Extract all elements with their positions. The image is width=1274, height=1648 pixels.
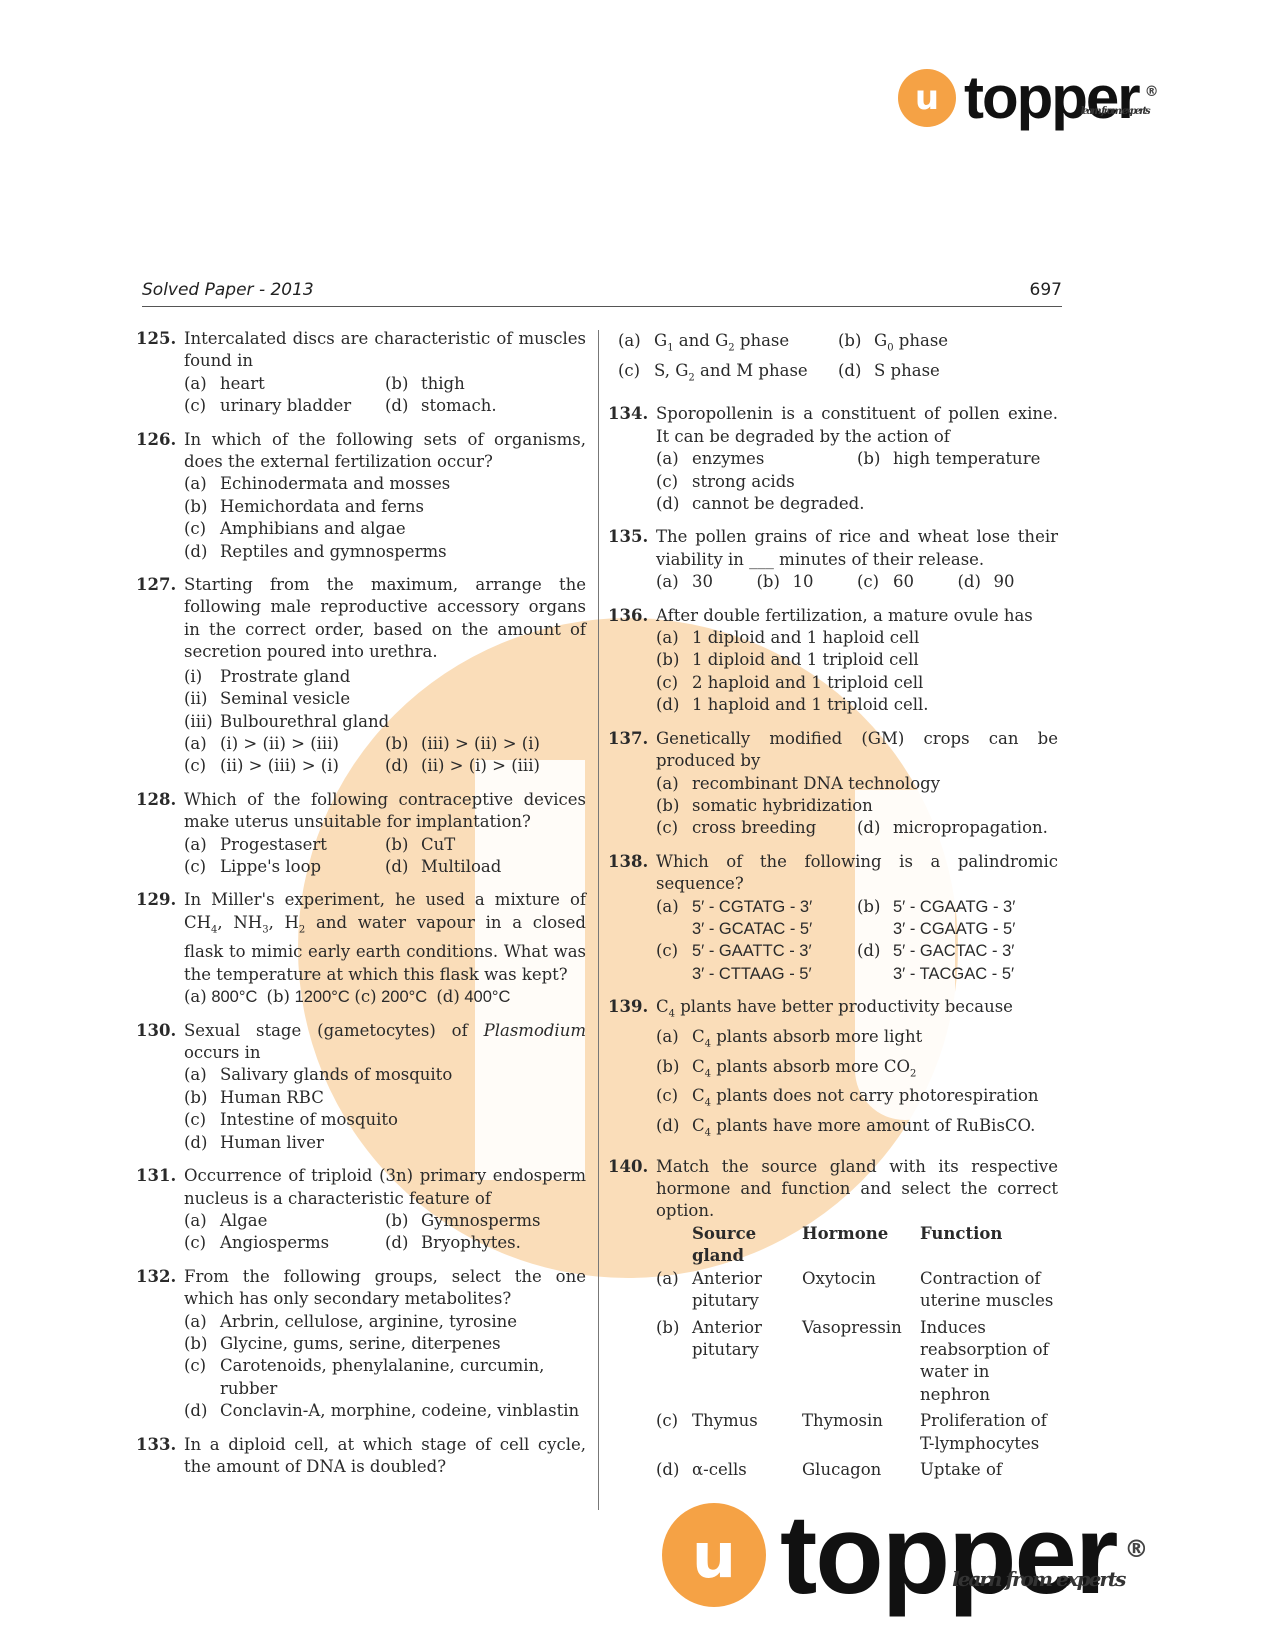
- question-135: 135. The pollen grains of rice and wheat…: [608, 526, 1058, 593]
- option: (b)Gymnosperms: [385, 1210, 586, 1232]
- option: (c)2 haploid and 1 triploid cell: [656, 672, 1058, 694]
- option: (c)strong acids: [656, 471, 1058, 493]
- option: (a)Echinodermata and mosses: [184, 473, 586, 495]
- option: (d)Bryophytes.: [385, 1232, 586, 1254]
- option: (d)Conclavin-A, morphine, codeine, vinbl…: [184, 1400, 586, 1422]
- option: (a)enzymes: [656, 448, 857, 470]
- exam-page: u topper ® learn from experts Solved Pap…: [0, 0, 1274, 1648]
- option: (d)S phase: [838, 360, 1058, 390]
- list-item: (iii)Bulbourethral gland: [184, 711, 586, 733]
- question-130: 130. Sexual stage (gametocytes) of Plasm…: [136, 1020, 586, 1154]
- option: (c)Amphibians and algae: [184, 518, 586, 540]
- option: (a)Arbrin, cellulose, arginine, tyrosine: [184, 1311, 586, 1333]
- question-137: 137. Genetically modified (GM) crops can…: [608, 728, 1058, 840]
- page-number: 697: [1030, 280, 1062, 300]
- question-127: 127. Starting from the maximum, arrange …: [136, 574, 586, 778]
- option: (d)90: [958, 571, 1059, 593]
- question-133: 133. In a diploid cell, at which stage o…: [136, 1434, 586, 1479]
- option: (c)60: [857, 571, 958, 593]
- option: (d)micropropagation.: [857, 817, 1058, 839]
- logo-tagline: learn from experts: [952, 1524, 1124, 1634]
- option: (c)Carotenoids, phenylalanine, curcumin,…: [184, 1355, 586, 1400]
- option: (b)Human RBC: [184, 1087, 586, 1109]
- option: (c)(ii) > (iii) > (i): [184, 755, 385, 777]
- option: (b)G0 phase: [838, 330, 1058, 360]
- option: (a)G1 and G2 phase: [618, 330, 838, 360]
- option: (b)C4 plants absorb more CO2: [656, 1056, 1058, 1086]
- option: (a)Salivary glands of mosquito: [184, 1064, 586, 1086]
- logo-circle-icon: u: [662, 1503, 766, 1607]
- option: (c)S, G2 and M phase: [618, 360, 838, 390]
- option: (d)5′ - GACTAC - 3′3′ - TACGAC - 5′: [857, 940, 1058, 985]
- option: (b)10: [757, 571, 858, 593]
- option: (d)Multiload: [385, 856, 586, 878]
- option: (a)recombinant DNA technology: [656, 773, 1058, 795]
- question-125: 125. Intercalated discs are characterist…: [136, 328, 586, 418]
- running-header: Solved Paper - 2013 697: [142, 280, 1062, 307]
- option: (d)Reptiles and gymnosperms: [184, 541, 586, 563]
- option: (a)heart: [184, 373, 385, 395]
- option: (b)1 diploid and 1 triploid cell: [656, 649, 1058, 671]
- registered-mark: ®: [1124, 1494, 1146, 1604]
- option: (c)Angiosperms: [184, 1232, 385, 1254]
- logo-tagline: learn from experts: [1080, 82, 1148, 142]
- option: (d)stomach.: [385, 395, 586, 417]
- list-item: (i)Prostrate gland: [184, 666, 586, 688]
- match-table-row: (d) α-cells Glucagon Uptake of: [656, 1459, 1058, 1481]
- option: (b)(iii) > (ii) > (i): [385, 733, 586, 755]
- option: (b)CuT: [385, 834, 586, 856]
- logo-wordmark: topper ® learn from experts: [964, 68, 1139, 128]
- option: (c)urinary bladder: [184, 395, 385, 417]
- logo-wordmark: topper ® learn from experts: [780, 1500, 1116, 1610]
- match-table-row: (a) Anterior pitutary Oxytocin Contracti…: [656, 1268, 1058, 1313]
- question-132: 132. From the following groups, select t…: [136, 1266, 586, 1423]
- option: (a)Algae: [184, 1210, 385, 1232]
- question-134: 134. Sporopollenin is a constituent of p…: [608, 403, 1058, 515]
- left-column: 125. Intercalated discs are characterist…: [136, 328, 586, 1489]
- option: (c)Lippe's loop: [184, 856, 385, 878]
- option: (d)(ii) > (i) > (iii): [385, 755, 586, 777]
- utopper-logo-bottom: u topper ® learn from experts: [662, 1500, 1116, 1610]
- question-128: 128. Which of the following contraceptiv…: [136, 789, 586, 879]
- column-divider: [598, 330, 599, 1510]
- question-129: 129. In Miller's experiment, he used a m…: [136, 889, 586, 1008]
- option: (c)C4 plants does not carry photorespira…: [656, 1085, 1058, 1115]
- option: (c)5′ - GAATTC - 3′3′ - CTTAAG - 5′: [656, 940, 857, 985]
- option: (d)1 haploid and 1 triploid cell.: [656, 694, 1058, 716]
- question-126: 126. In which of the following sets of o…: [136, 429, 586, 563]
- question-140: 140. Match the source gland with its res…: [608, 1156, 1058, 1482]
- option: (b)Hemichordata and ferns: [184, 496, 586, 518]
- match-table-row: (b) Anterior pitutary Vasopressin Induce…: [656, 1317, 1058, 1407]
- match-table-row: (c) Thymus Thymosin Proliferation of T-l…: [656, 1410, 1058, 1455]
- right-column: (a)G1 and G2 phase (b)G0 phase (c)S, G2 …: [608, 330, 1058, 1492]
- option: (b)Glycine, gums, serine, diterpenes: [184, 1333, 586, 1355]
- option: (a)C4 plants absorb more light: [656, 1026, 1058, 1056]
- running-title: Solved Paper - 2013: [142, 280, 314, 300]
- option: (b)thigh: [385, 373, 586, 395]
- utopper-logo-top: u topper ® learn from experts: [898, 68, 1139, 128]
- option: (a)30: [656, 571, 757, 593]
- option: (b)somatic hybridization: [656, 795, 1058, 817]
- option: (a)1 diploid and 1 haploid cell: [656, 627, 1058, 649]
- question-136: 136. After double fertilization, a matur…: [608, 605, 1058, 717]
- logo-circle-icon: u: [898, 69, 956, 127]
- option: (c)Intestine of mosquito: [184, 1109, 586, 1131]
- question-131: 131. Occurrence of triploid (3n) primary…: [136, 1165, 586, 1255]
- list-item: (ii)Seminal vesicle: [184, 688, 586, 710]
- question-139: 139. C4 plants have better productivity …: [608, 996, 1058, 1145]
- option: (b)high temperature: [857, 448, 1058, 470]
- option: (d)Human liver: [184, 1132, 586, 1154]
- question-133-options: (a)G1 and G2 phase (b)G0 phase (c)S, G2 …: [618, 330, 1058, 389]
- question-138: 138. Which of the following is a palindr…: [608, 851, 1058, 985]
- option: (d)C4 plants have more amount of RuBisCO…: [656, 1115, 1058, 1145]
- option: (a)Progestasert: [184, 834, 385, 856]
- option: (a)5′ - CGTATG - 3′3′ - GCATAC - 5′: [656, 896, 857, 941]
- option: (a)(i) > (ii) > (iii): [184, 733, 385, 755]
- option: (d)cannot be degraded.: [656, 493, 1058, 515]
- option: (c)cross breeding: [656, 817, 857, 839]
- option: (b)5′ - CGAATG - 3′3′ - CGAATG - 5′: [857, 896, 1058, 941]
- match-table-header: Source gland Hormone Function: [692, 1223, 1058, 1268]
